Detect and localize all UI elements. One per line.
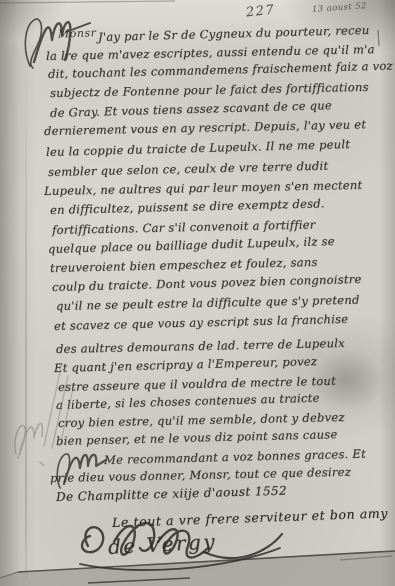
- signature-paraph: [74, 512, 304, 576]
- opening-flourish: [20, 10, 98, 74]
- scanned-manuscript-page: 227 13 aoust 52 Monsr J'ay par le Sr de …: [0, 0, 395, 586]
- folio-number: 227: [245, 3, 276, 21]
- salutation: Monsr: [58, 26, 97, 40]
- margin-scribble: [10, 404, 72, 468]
